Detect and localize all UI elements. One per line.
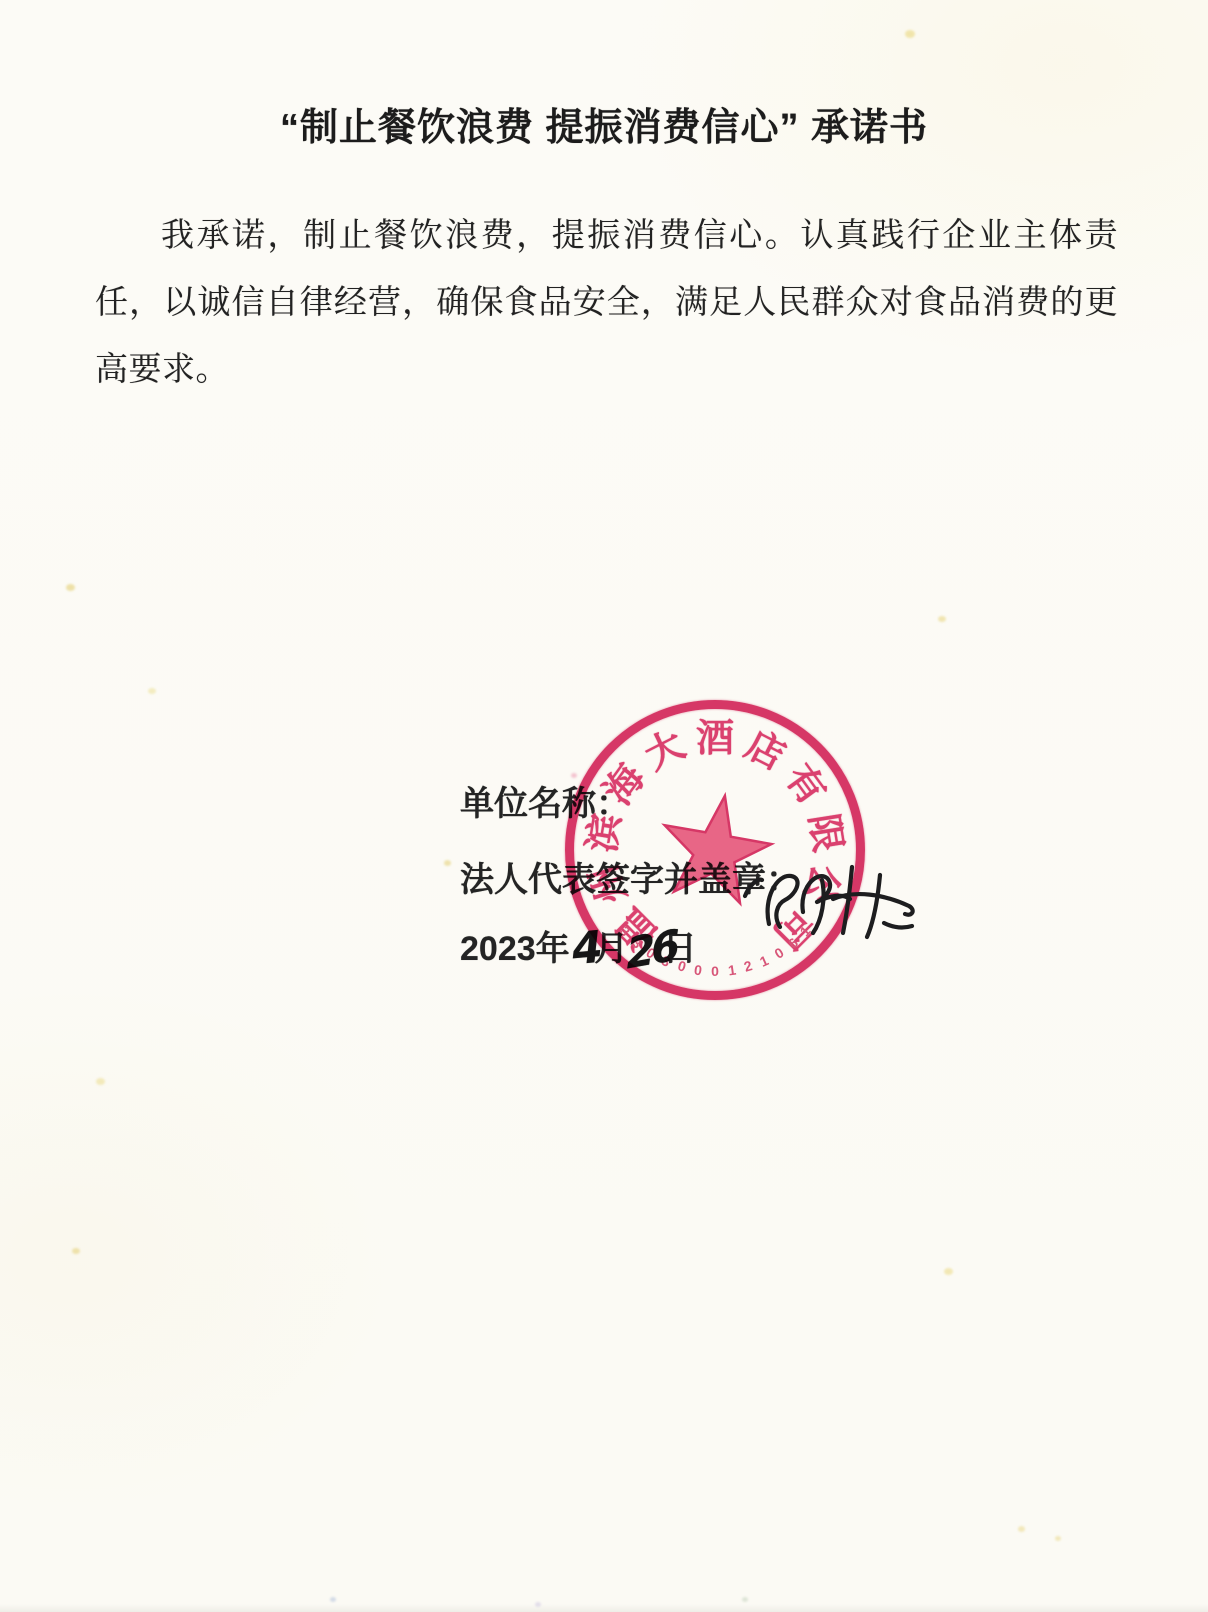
legal-rep-signature xyxy=(733,836,923,946)
paper-speck xyxy=(66,584,75,591)
paper-speck xyxy=(72,1248,80,1254)
paper-speck xyxy=(535,1602,541,1607)
paper-speck xyxy=(1055,1536,1061,1541)
seal-serial-digit: 0 xyxy=(676,959,687,975)
seal-serial-digit: 0 xyxy=(644,945,658,961)
paper-speck xyxy=(444,860,451,866)
seal-serial-digit: 3 xyxy=(630,935,645,951)
paper-speck xyxy=(742,1597,748,1602)
document-title: “制止餐饮浪费 提振消费信心” 承诺书 xyxy=(0,96,1208,151)
paper-speck xyxy=(938,616,946,622)
seal-serial-digit: 1 xyxy=(758,953,771,969)
paper-speck xyxy=(1018,1526,1025,1532)
scanned-document-page: “制止餐饮浪费 提振消费信心” 承诺书 我承诺，制止餐饮浪费，提振消费信心。认真… xyxy=(0,0,1208,1612)
seal-serial-digit: 3 xyxy=(659,953,672,969)
scan-edge-shadow xyxy=(0,1604,1208,1612)
pledge-paragraph: 我承诺，制止餐饮浪费，提振消费信心。认真践行企业主体责任，以诚信自律经营，确保食… xyxy=(95,201,1118,402)
date-year: 2023 xyxy=(460,930,536,969)
seal-serial-digit: 0 xyxy=(693,962,703,977)
paper-speck xyxy=(905,30,915,38)
paper-speck xyxy=(944,1268,953,1275)
paper-speck xyxy=(148,688,156,694)
seal-serial-digit: 0 xyxy=(772,945,786,961)
paper-speck xyxy=(330,1597,336,1602)
seal-serial-digit: 0 xyxy=(711,964,719,978)
paper-speck xyxy=(96,1078,105,1085)
seal-serial-digit: 1 xyxy=(727,962,737,977)
seal-serial-digit: 2 xyxy=(743,959,754,975)
seal-serial-digit: 3 xyxy=(617,923,633,938)
